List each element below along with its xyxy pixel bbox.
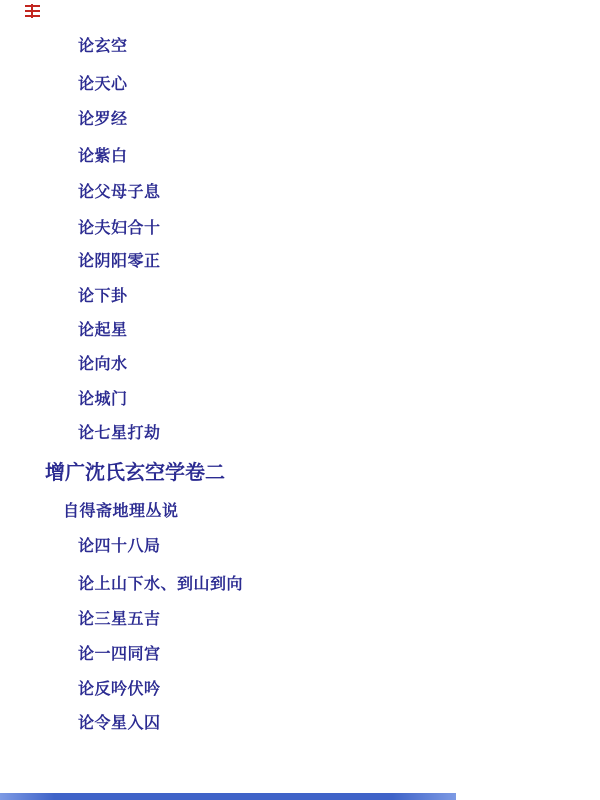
- toc-page: 论玄空 论天心 论罗经 论紫白 论父母子息 论夫妇合十 论阴阳零正 论下卦 论起…: [0, 0, 600, 800]
- toc-link-lun-yinyang[interactable]: 论阴阳零正: [78, 253, 161, 270]
- toc-link-lun-lingxingruqiu[interactable]: 论令星入囚: [78, 715, 161, 732]
- toc-link-lun-sishibaju[interactable]: 论四十八局: [78, 538, 161, 555]
- toc-link-lun-qixing[interactable]: 论起星: [78, 322, 128, 339]
- toc-link-lun-chengmen[interactable]: 论城门: [78, 391, 128, 408]
- toc-link-lun-sanxingwuji[interactable]: 论三星五吉: [78, 611, 161, 628]
- toc-link-lun-yisitonggong[interactable]: 论一四同宫: [78, 646, 161, 663]
- toc-link-lun-fumuzixi[interactable]: 论父母子息: [78, 184, 161, 201]
- toc-link-lun-tianxin[interactable]: 论天心: [78, 76, 128, 93]
- toc-link-lun-luojing[interactable]: 论罗经: [78, 111, 128, 128]
- toc-link-lun-shangshanxiashui[interactable]: 论上山下水、到山到向: [78, 576, 243, 593]
- toc-link-lun-zibai[interactable]: 论紫白: [78, 148, 128, 165]
- bottom-blue-bar: [0, 793, 456, 800]
- toc-link-lun-fufuheshi[interactable]: 论夫妇合十: [78, 220, 161, 237]
- toc-link-lun-xiagua[interactable]: 论下卦: [78, 288, 128, 305]
- red-seal-mark-icon: [25, 5, 40, 17]
- toc-link-lun-fanyinfuyin[interactable]: 论反吟伏吟: [78, 681, 161, 698]
- toc-link-lun-xuankong[interactable]: 论玄空: [78, 38, 128, 55]
- volume2-subheading-link[interactable]: 自得斋地理丛说: [63, 503, 179, 520]
- toc-link-lun-qixingdajie[interactable]: 论七星打劫: [78, 425, 161, 442]
- toc-link-lun-xiangshui[interactable]: 论向水: [78, 356, 128, 373]
- volume2-heading: 增广沈氏玄空学卷二: [45, 463, 225, 484]
